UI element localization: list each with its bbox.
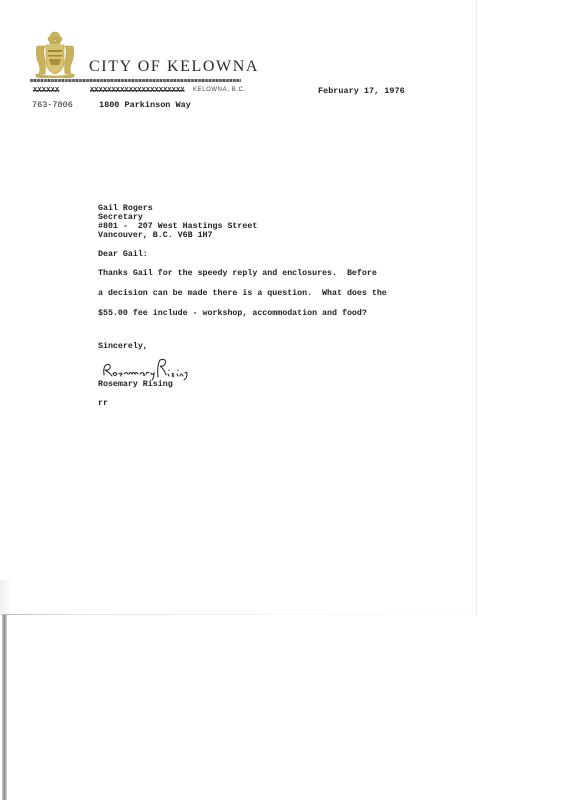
city-crest-icon — [33, 30, 77, 78]
sheet-right-edge — [476, 0, 477, 615]
underlying-sheet-edge — [2, 615, 7, 800]
handwritten-signature — [100, 357, 190, 381]
recipient-address-line2: Vancouver, B.C. V6B 1H7 — [98, 232, 213, 240]
city-province: KELOWNA, B.C. — [193, 87, 246, 93]
street-address: 1800 Parkinson Way — [99, 100, 191, 110]
page-edge-shadow — [0, 580, 10, 615]
letter-date: February 17, 1976 — [318, 86, 405, 96]
salutation: Dear Gail: — [98, 251, 148, 259]
letterhead-rule — [30, 79, 241, 82]
body-line: Thanks Gail for the speedy reply and enc… — [98, 270, 377, 278]
sheet-bottom-edge — [2, 614, 476, 615]
body-line: a decision can be made there is a questi… — [98, 290, 387, 298]
phone-number: 763-7806 — [32, 100, 73, 110]
body-line: $55.00 fee include - workshop, accommoda… — [98, 310, 367, 318]
letter-page: CITY OF KELOWNA XXXXXX XXXXXXXXXXXXXXXXX… — [0, 0, 565, 800]
typist-initials: rr — [98, 400, 108, 408]
struck-out-address: XXXXXXXXXXXXXXXXXXXXXX — [90, 87, 185, 95]
closing: Sincerely, — [98, 343, 148, 351]
city-name: CITY OF KELOWNA — [89, 58, 259, 76]
signer-name: Rosemary Rising — [98, 381, 173, 389]
struck-out-text: XXXXXX — [33, 87, 59, 95]
